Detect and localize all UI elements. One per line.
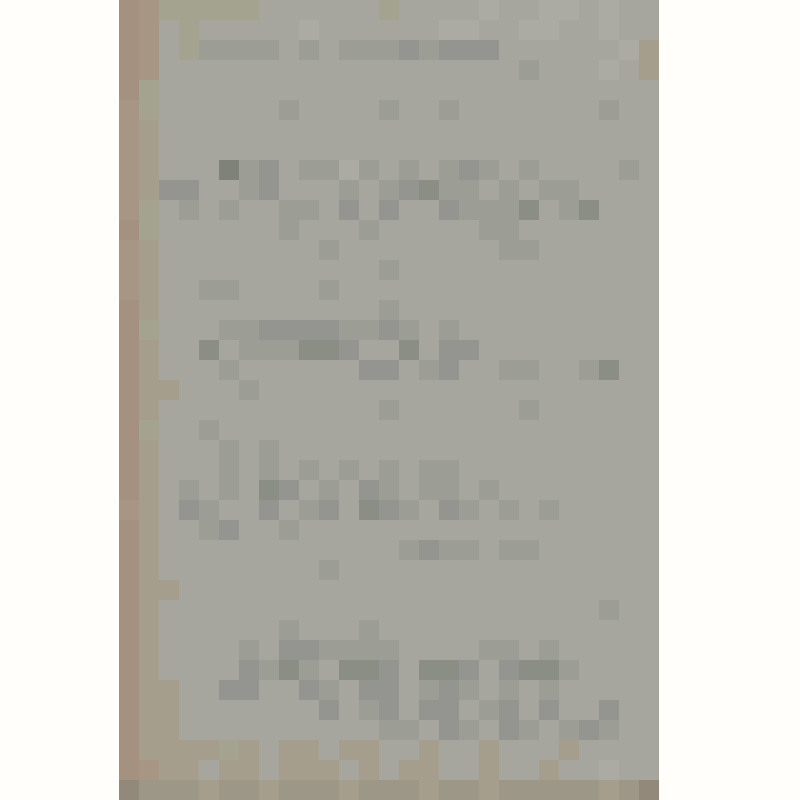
pixel-block	[559, 140, 579, 160]
pixel-block	[199, 300, 219, 320]
pixel-block	[379, 780, 399, 800]
pixel-block	[339, 620, 359, 640]
pixel-block	[139, 360, 159, 380]
pixel-block	[639, 520, 659, 540]
pixel-block	[619, 300, 639, 320]
pixel-block	[139, 220, 159, 240]
pixel-block	[199, 140, 219, 160]
pixel-block	[139, 380, 159, 400]
pixel-block	[179, 440, 199, 460]
pixel-block	[119, 120, 139, 140]
pixel-block	[339, 220, 359, 240]
pixel-block	[239, 720, 259, 740]
pixel-block	[279, 360, 299, 380]
pixel-block	[299, 580, 319, 600]
pixel-block	[159, 320, 179, 340]
pixel-block	[439, 560, 459, 580]
pixel-block	[319, 180, 339, 200]
pixel-block	[639, 100, 659, 120]
pixel-block	[559, 400, 579, 420]
pixel-block	[159, 440, 179, 460]
pixel-block	[579, 540, 599, 560]
pixel-block	[199, 160, 219, 180]
pixel-block	[339, 60, 359, 80]
pixel-block	[239, 380, 259, 400]
pixel-block	[619, 360, 639, 380]
pixel-block	[399, 400, 419, 420]
pixel-block	[139, 560, 159, 580]
pixel-block	[619, 720, 639, 740]
pixel-block	[139, 60, 159, 80]
pixel-block	[259, 520, 279, 540]
pixel-block	[319, 240, 339, 260]
pixel-block	[459, 340, 479, 360]
pixel-block	[479, 740, 499, 760]
pixel-block	[179, 680, 199, 700]
pixel-block	[479, 60, 499, 80]
pixel-block	[399, 520, 419, 540]
pixel-block	[119, 620, 139, 640]
pixel-block	[279, 180, 299, 200]
pixel-block	[519, 460, 539, 480]
pixel-block	[399, 540, 419, 560]
pixel-block	[579, 460, 599, 480]
pixel-block	[359, 160, 379, 180]
pixel-block	[539, 420, 559, 440]
pixel-block	[319, 760, 339, 780]
pixel-block	[239, 460, 259, 480]
pixel-block	[359, 500, 379, 520]
pixel-block	[539, 140, 559, 160]
pixel-block	[419, 160, 439, 180]
pixel-block	[119, 700, 139, 720]
pixel-block	[639, 120, 659, 140]
pixel-block	[139, 480, 159, 500]
pixel-block	[639, 620, 659, 640]
pixel-block	[599, 560, 619, 580]
pixel-block	[639, 360, 659, 380]
pixel-block	[279, 300, 299, 320]
pixel-block	[559, 120, 579, 140]
pixel-block	[359, 220, 379, 240]
pixel-block	[199, 100, 219, 120]
pixel-block	[639, 680, 659, 700]
pixel-block	[459, 280, 479, 300]
pixel-block	[579, 740, 599, 760]
pixel-block	[339, 240, 359, 260]
pixel-block	[579, 600, 599, 620]
pixel-block	[279, 80, 299, 100]
pixel-block	[519, 700, 539, 720]
pixel-block	[259, 740, 279, 760]
pixel-block	[539, 200, 559, 220]
pixel-block	[499, 640, 519, 660]
pixel-block	[639, 740, 659, 760]
pixel-block	[479, 700, 499, 720]
pixel-block	[439, 520, 459, 540]
pixel-block	[279, 700, 299, 720]
pixel-block	[359, 760, 379, 780]
pixel-block	[579, 660, 599, 680]
pixel-block	[399, 180, 419, 200]
pixel-block	[319, 300, 339, 320]
pixel-block	[359, 600, 379, 620]
pixel-block	[379, 480, 399, 500]
pixel-block	[619, 260, 639, 280]
pixel-block	[419, 40, 439, 60]
pixel-block	[179, 220, 199, 240]
pixel-block	[539, 600, 559, 620]
pixel-block	[399, 740, 419, 760]
pixel-block	[239, 120, 259, 140]
pixel-block	[279, 400, 299, 420]
pixel-block	[379, 100, 399, 120]
pixel-block	[499, 660, 519, 680]
pixel-block	[419, 500, 439, 520]
pixel-block	[199, 440, 219, 460]
pixel-block	[239, 220, 259, 240]
pixel-block	[419, 580, 439, 600]
pixel-block	[159, 380, 179, 400]
pixel-block	[339, 300, 359, 320]
pixel-block	[239, 500, 259, 520]
pixel-block	[339, 360, 359, 380]
pixel-block	[459, 660, 479, 680]
pixel-block	[239, 280, 259, 300]
pixel-block	[579, 260, 599, 280]
pixel-block	[259, 580, 279, 600]
pixel-block	[259, 600, 279, 620]
pixel-block	[419, 240, 439, 260]
pixel-block	[339, 560, 359, 580]
pixel-block	[259, 380, 279, 400]
pixel-block	[299, 720, 319, 740]
pixel-block	[159, 480, 179, 500]
pixel-block	[359, 640, 379, 660]
pixel-block	[499, 460, 519, 480]
pixel-block	[339, 200, 359, 220]
pixel-block	[359, 240, 379, 260]
pixel-block	[539, 160, 559, 180]
pixel-block	[179, 660, 199, 680]
pixel-block	[179, 380, 199, 400]
pixel-block	[239, 40, 259, 60]
pixel-block	[619, 20, 639, 40]
pixel-block	[439, 420, 459, 440]
pixel-block	[599, 160, 619, 180]
pixel-block	[139, 600, 159, 620]
pixel-block	[599, 280, 619, 300]
pixel-block	[139, 240, 159, 260]
pixel-block	[599, 580, 619, 600]
pixel-block	[139, 460, 159, 480]
pixel-block	[259, 560, 279, 580]
pixel-block	[239, 540, 259, 560]
pixel-block	[239, 100, 259, 120]
pixel-block	[599, 520, 619, 540]
pixel-block	[599, 20, 619, 40]
pixel-block	[639, 420, 659, 440]
pixel-block	[319, 720, 339, 740]
pixel-block	[199, 320, 219, 340]
pixel-block	[219, 360, 239, 380]
pixel-block	[379, 720, 399, 740]
pixel-block	[539, 440, 559, 460]
pixel-block	[559, 180, 579, 200]
pixel-block	[159, 280, 179, 300]
pixel-block	[339, 700, 359, 720]
pixel-block	[419, 780, 439, 800]
pixel-block	[339, 160, 359, 180]
pixel-block	[359, 340, 379, 360]
pixel-block	[199, 540, 219, 560]
pixel-block	[159, 20, 179, 40]
pixel-block	[139, 180, 159, 200]
pixel-block	[279, 600, 299, 620]
pixel-block	[179, 260, 199, 280]
pixel-block	[199, 40, 219, 60]
pixel-block	[479, 660, 499, 680]
pixel-block	[279, 60, 299, 80]
pixel-block	[359, 520, 379, 540]
pixel-block	[519, 140, 539, 160]
pixel-block	[379, 380, 399, 400]
pixel-block	[139, 160, 159, 180]
pixel-block	[299, 600, 319, 620]
pixel-block	[559, 580, 579, 600]
pixel-block	[159, 340, 179, 360]
pixel-block	[439, 380, 459, 400]
pixel-block	[339, 260, 359, 280]
pixel-block	[359, 740, 379, 760]
pixel-block	[519, 100, 539, 120]
pixel-block	[339, 500, 359, 520]
pixel-block	[119, 640, 139, 660]
pixel-block	[239, 520, 259, 540]
pixel-block	[259, 40, 279, 60]
pixel-block	[359, 660, 379, 680]
pixel-block	[479, 20, 499, 40]
pixel-block	[579, 320, 599, 340]
pixel-block	[619, 760, 639, 780]
pixel-block	[559, 380, 579, 400]
pixel-block	[579, 440, 599, 460]
pixel-block	[319, 620, 339, 640]
pixel-block	[139, 740, 159, 760]
pixel-block	[619, 80, 639, 100]
pixel-block	[479, 0, 499, 20]
pixel-block	[599, 120, 619, 140]
pixel-block	[599, 300, 619, 320]
pixel-block	[199, 720, 219, 740]
pixel-block	[539, 500, 559, 520]
pixel-block	[619, 160, 639, 180]
pixel-block	[499, 500, 519, 520]
pixel-block	[539, 300, 559, 320]
pixel-block	[179, 360, 199, 380]
pixel-block	[159, 660, 179, 680]
pixel-block	[119, 0, 139, 20]
pixel-block	[219, 460, 239, 480]
pixel-block	[399, 460, 419, 480]
pixel-block	[619, 640, 639, 660]
pixel-block	[139, 40, 159, 60]
pixel-block	[219, 260, 239, 280]
pixel-block	[459, 160, 479, 180]
pixel-block	[459, 620, 479, 640]
pixel-block	[239, 340, 259, 360]
pixel-block	[219, 140, 239, 160]
pixel-block	[319, 640, 339, 660]
pixel-block	[239, 560, 259, 580]
pixel-block	[459, 760, 479, 780]
pixel-block	[199, 400, 219, 420]
pixel-block	[359, 40, 379, 60]
pixel-block	[619, 780, 639, 800]
pixel-block	[539, 80, 559, 100]
pixel-block	[579, 60, 599, 80]
pixel-block	[479, 760, 499, 780]
pixel-block	[599, 500, 619, 520]
pixel-block	[179, 620, 199, 640]
pixel-block	[479, 500, 499, 520]
pixel-block	[259, 20, 279, 40]
pixel-block	[359, 580, 379, 600]
pixel-block	[319, 360, 339, 380]
pixel-block	[359, 80, 379, 100]
pixel-block	[479, 140, 499, 160]
pixel-block	[379, 220, 399, 240]
pixel-block	[119, 320, 139, 340]
pixel-block	[419, 460, 439, 480]
pixel-block	[379, 360, 399, 380]
pixel-block	[259, 160, 279, 180]
pixel-block	[199, 560, 219, 580]
pixel-block	[559, 500, 579, 520]
pixel-block	[319, 500, 339, 520]
pixel-block	[239, 440, 259, 460]
pixel-block	[499, 40, 519, 60]
pixel-block	[119, 400, 139, 420]
pixel-block	[419, 220, 439, 240]
pixel-block	[259, 700, 279, 720]
pixel-block	[579, 520, 599, 540]
pixel-block	[499, 200, 519, 220]
pixel-block	[599, 0, 619, 20]
pixel-block	[539, 640, 559, 660]
pixel-block	[279, 680, 299, 700]
pixel-block	[579, 780, 599, 800]
pixel-block	[279, 340, 299, 360]
pixel-block	[159, 460, 179, 480]
pixel-block	[499, 280, 519, 300]
pixel-block	[499, 600, 519, 620]
pixel-block	[319, 380, 339, 400]
pixel-block	[419, 340, 439, 360]
pixel-block	[159, 240, 179, 260]
pixel-block	[459, 260, 479, 280]
pixel-block	[219, 500, 239, 520]
pixel-block	[399, 640, 419, 660]
pixel-block	[119, 420, 139, 440]
pixel-block	[619, 440, 639, 460]
pixel-block	[439, 220, 459, 240]
pixel-block	[459, 680, 479, 700]
pixel-block	[459, 80, 479, 100]
pixel-block	[319, 0, 339, 20]
pixel-block	[139, 280, 159, 300]
pixel-block	[299, 80, 319, 100]
pixel-block	[539, 60, 559, 80]
pixel-block	[299, 200, 319, 220]
pixel-block	[219, 300, 239, 320]
pixel-block	[299, 240, 319, 260]
pixel-block	[339, 760, 359, 780]
pixel-block	[299, 220, 319, 240]
pixel-block	[479, 40, 499, 60]
pixel-block	[599, 220, 619, 240]
pixel-block	[319, 600, 339, 620]
pixel-block	[239, 680, 259, 700]
pixel-block	[299, 160, 319, 180]
pixel-block	[359, 140, 379, 160]
pixel-block	[459, 500, 479, 520]
pixel-block	[219, 720, 239, 740]
pixel-block	[639, 200, 659, 220]
pixel-block	[119, 600, 139, 620]
pixel-block	[139, 500, 159, 520]
pixel-block	[579, 360, 599, 380]
pixel-block	[139, 720, 159, 740]
pixel-block	[279, 280, 299, 300]
pixel-block	[599, 200, 619, 220]
pixel-block	[579, 760, 599, 780]
pixel-block	[559, 280, 579, 300]
pixel-block	[219, 0, 239, 20]
pixel-block	[399, 600, 419, 620]
pixel-block	[219, 700, 239, 720]
pixel-block	[339, 780, 359, 800]
pixel-block	[399, 320, 419, 340]
pixel-block	[579, 200, 599, 220]
pixel-block	[219, 40, 239, 60]
pixel-block	[399, 620, 419, 640]
pixel-block	[539, 740, 559, 760]
pixel-block	[299, 560, 319, 580]
pixel-block	[199, 220, 219, 240]
pixel-block	[339, 600, 359, 620]
pixel-block	[339, 180, 359, 200]
pixel-block	[359, 380, 379, 400]
pixel-block	[299, 100, 319, 120]
pixel-block	[259, 60, 279, 80]
pixel-block	[459, 700, 479, 720]
pixel-block	[579, 300, 599, 320]
pixel-block	[619, 400, 639, 420]
pixel-block	[239, 600, 259, 620]
pixel-block	[499, 320, 519, 340]
pixel-block	[459, 740, 479, 760]
pixel-block	[479, 620, 499, 640]
pixel-block	[159, 260, 179, 280]
pixel-block	[379, 160, 399, 180]
pixel-block	[139, 300, 159, 320]
pixel-block	[379, 500, 399, 520]
pixel-block	[399, 480, 419, 500]
pixel-block	[399, 560, 419, 580]
pixel-block	[639, 760, 659, 780]
pixel-block	[599, 720, 619, 740]
